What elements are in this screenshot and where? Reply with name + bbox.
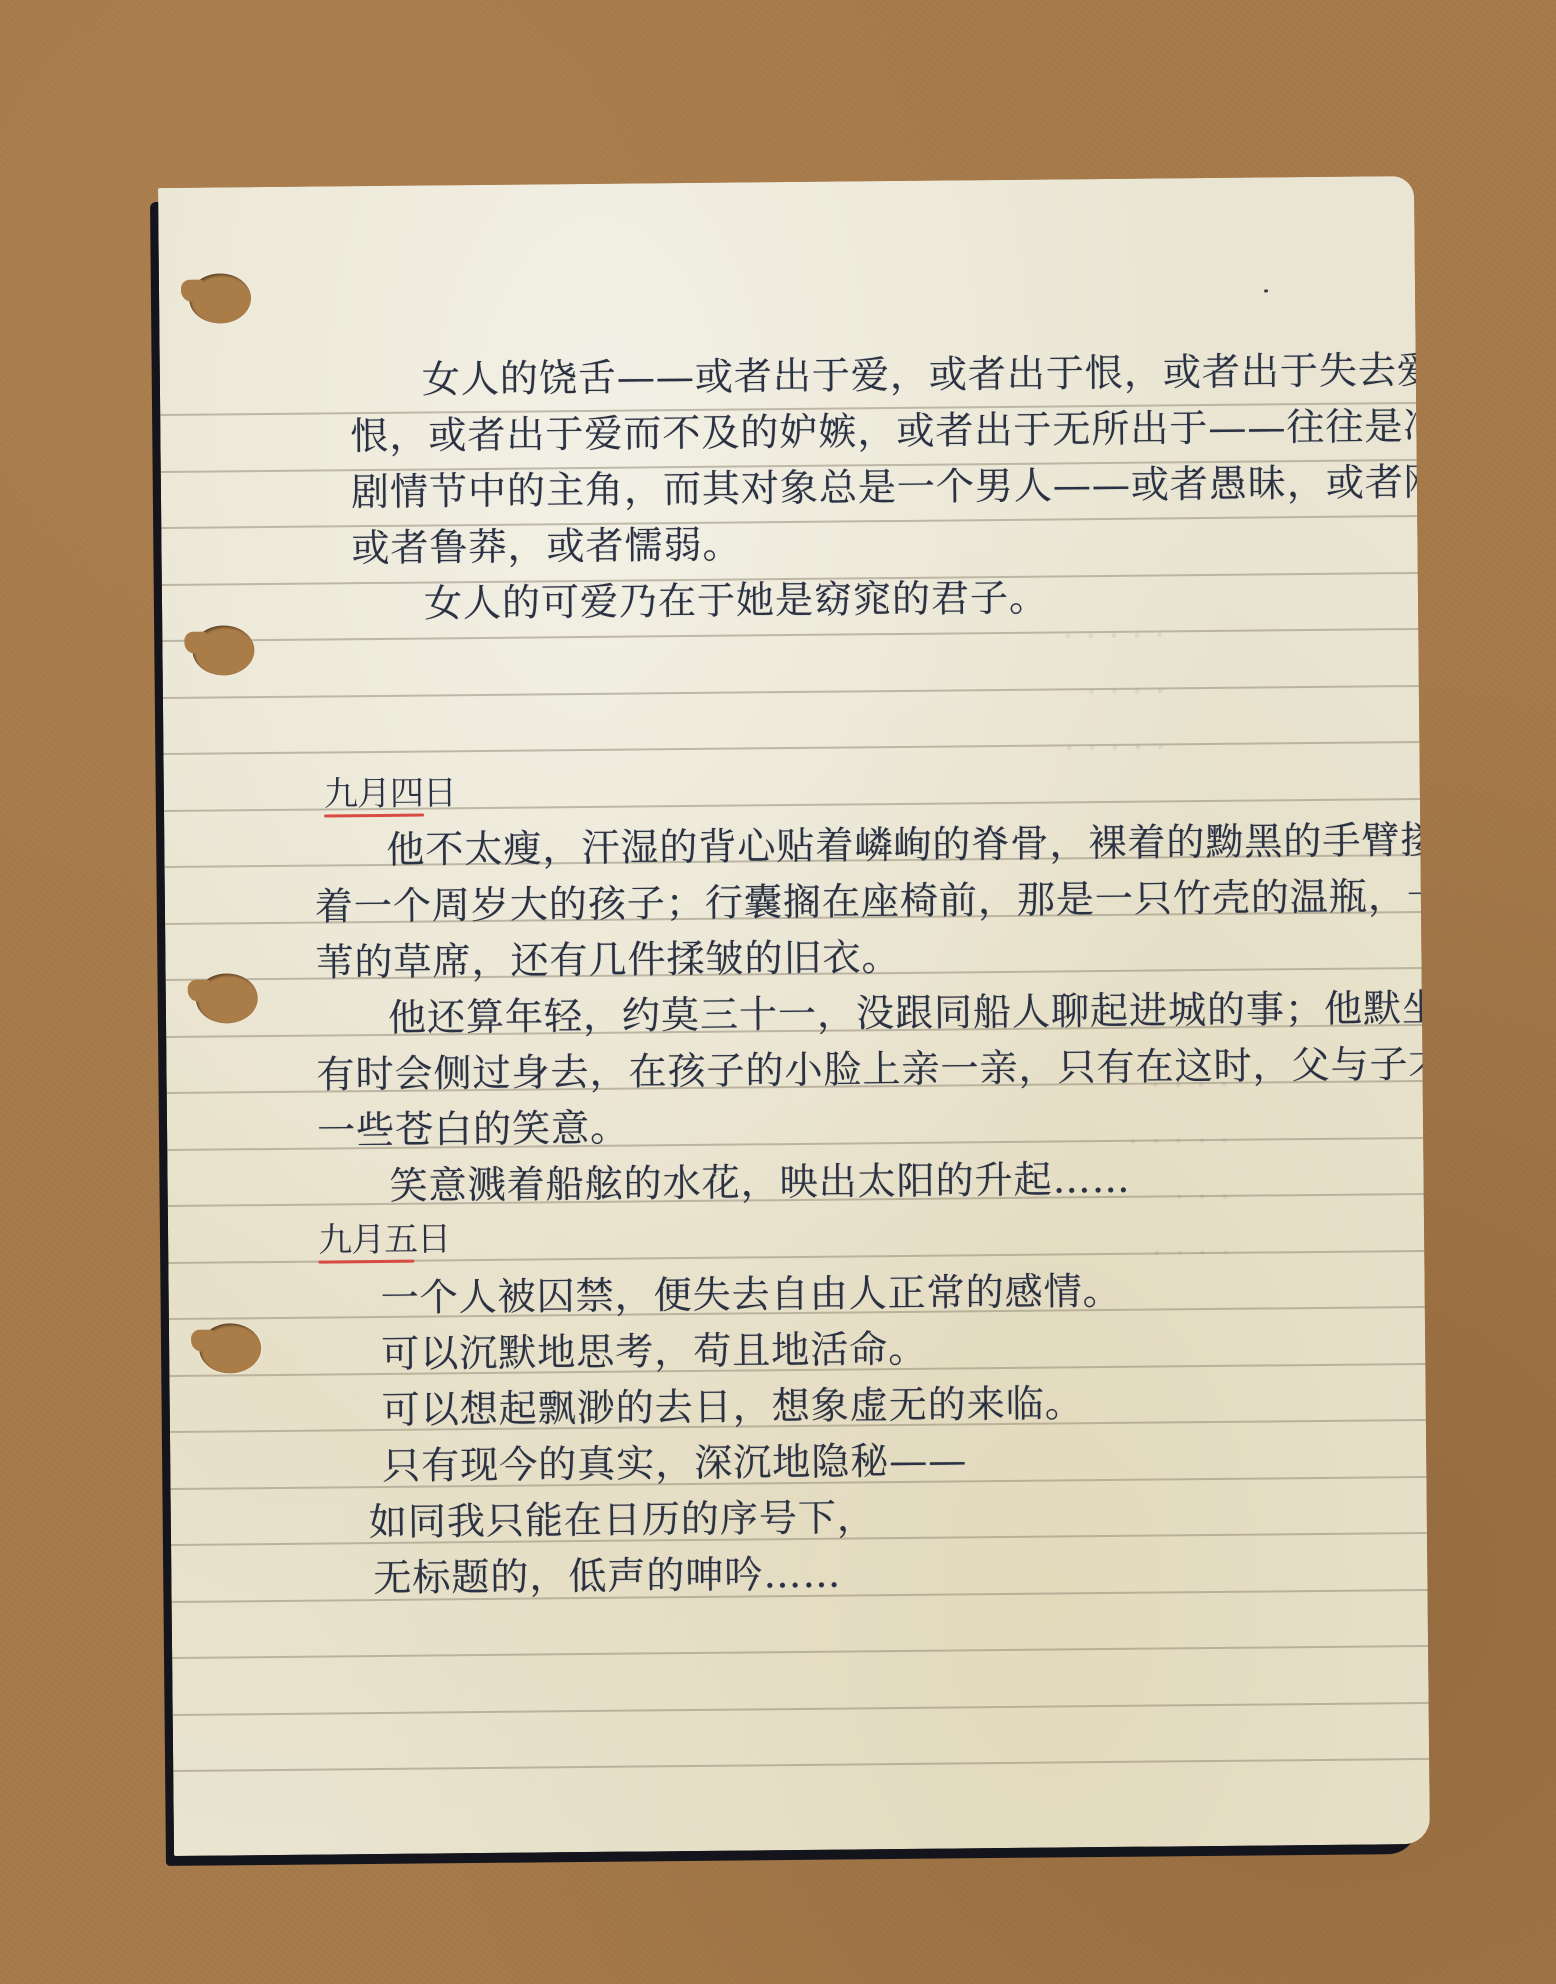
text-line: 女人的饶舌——或者出于爱，或者出于恨，或者出于失去爱之后的	[422, 341, 1430, 408]
text-line: 无标题的，低声的呻吟……	[373, 1543, 1125, 1606]
rule-line	[173, 1758, 1429, 1772]
entry-date: 九月五日	[318, 1217, 450, 1262]
text-line: 恨，或者出于爱而不及的妒嫉，或者出于无所出于——往往是冲突·性戏	[350, 397, 1430, 465]
text-line: 有时会侧过身去，在孩子的小脸上亲一亲，只有在这时，父与子才溢出	[316, 1035, 1430, 1103]
rule-line	[163, 741, 1419, 755]
text-line: 只有现今的真实，深沉地隐秘——	[382, 1431, 1124, 1494]
entry-sep-4: 他不太瘦，汗湿的背心贴着嶙峋的脊骨，裸着的黝黑的手臂搂 着一个周岁大的孩子；行囊…	[314, 811, 1430, 1215]
rule-line	[172, 1645, 1428, 1659]
text-line: 可以沉默地思考，苟且地活命。	[381, 1319, 1123, 1382]
paragraph-continuation: 恨，或者出于爱而不及的妒嫉，或者出于无所出于——往往是冲突·性戏 剧情节中的主角…	[350, 397, 1430, 577]
ink-speck	[1264, 289, 1268, 292]
text-line: 笑意溅着船舷的水花，映出太阳的升起……	[389, 1147, 1430, 1214]
text-line: 剧情节中的主角，而其对象总是一个男人——或者愚昧，或者刚烈，	[351, 452, 1430, 520]
entry-undated: 女人的饶舌——或者出于爱，或者出于恨，或者出于失去爱之后的 恨，或者出于爱而不及…	[350, 341, 1430, 633]
rule-line	[173, 1701, 1429, 1715]
text-line: 一个人被囚禁，便失去自由人正常的感情。	[380, 1263, 1122, 1326]
text-line: 或者鲁莽，或者懦弱。	[351, 508, 1430, 576]
paragraph: 他还算年轻，约莫三十一，没跟同船人聊起进城的事；他默坐着，	[316, 979, 1430, 1047]
entry-sep-5: 一个人被囚禁，便失去自由人正常的感情。 可以沉默地思考，苟且地活命。 可以想起飘…	[308, 1263, 1124, 1607]
paragraph: 女人的饶舌——或者出于爱，或者出于恨，或者出于失去爱之后的	[350, 341, 1430, 409]
show-through-text: · · · · ·· · · ·· · · · ·	[1062, 608, 1167, 777]
text-line: 女人的可爱乃在于她是窈窕的君子。	[424, 564, 1430, 631]
text-line: 一些苍白的笑意。	[317, 1091, 1430, 1159]
text-line: 苇的草席，还有几件揉皱的旧衣。	[315, 923, 1430, 991]
paragraph: 他不太瘦，汗湿的背心贴着嶙峋的脊骨，裸着的黝黑的手臂搂	[314, 811, 1430, 879]
paragraph-continuation: 有时会侧过身去，在孩子的小脸上亲一亲，只有在这时，父与子才溢出 一些苍白的笑意。	[316, 1035, 1430, 1159]
notebook-page: · · · · ·· · · ·· · · · · · · · ·· · · ·…	[158, 176, 1430, 1856]
rule-line	[162, 628, 1418, 642]
rule-line	[163, 684, 1419, 698]
text-line: 他不太瘦，汗湿的背心贴着嶙峋的脊骨，裸着的黝黑的手臂搂	[386, 811, 1430, 878]
paragraph: 一个人被囚禁，便失去自由人正常的感情。 可以沉默地思考，苟且地活命。 可以想起飘…	[308, 1263, 1124, 1607]
paragraph: 笑意溅着船舷的水花，映出太阳的升起……	[317, 1147, 1430, 1215]
paragraph: 女人的可爱乃在于她是窈窕的君子。	[352, 564, 1430, 632]
text-line: 着一个周岁大的孩子；行囊搁在座椅前，那是一只竹壳的温瓶，一条蒲	[315, 867, 1430, 935]
text-line: 他还算年轻，约莫三十一，没跟同船人聊起进城的事；他默坐着，	[388, 979, 1430, 1046]
text-line: 如同我只能在日历的序号下，	[369, 1487, 1125, 1550]
paragraph-continuation: 着一个周岁大的孩子；行囊搁在座椅前，那是一只竹壳的温瓶，一条蒲 苇的草席，还有几…	[315, 867, 1430, 991]
entry-date: 九月四日	[324, 771, 456, 816]
text-line: 可以想起飘渺的去日，想象虚无的来临。	[381, 1375, 1123, 1438]
